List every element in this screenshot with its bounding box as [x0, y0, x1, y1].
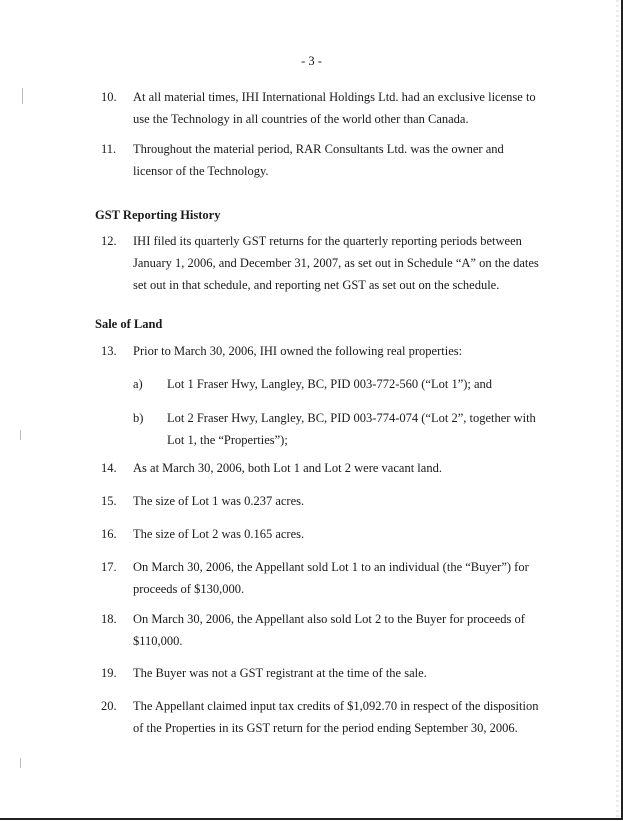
page-number: - 3 - — [0, 54, 623, 69]
scan-artifact — [22, 88, 23, 104]
paragraph-text: use the Technology in all countries of t… — [133, 108, 469, 130]
document-page: - 3 - 10. At all material times, IHI Int… — [0, 0, 623, 820]
paragraph-number: 16. — [101, 523, 117, 545]
paragraph-text: of the Properties in its GST return for … — [133, 717, 518, 739]
paragraph-number: 15. — [101, 490, 117, 512]
section-heading: Sale of Land — [95, 313, 162, 335]
scan-artifact — [20, 430, 21, 440]
paragraph-text: The Appellant claimed input tax credits … — [133, 695, 538, 717]
paragraph-text: Throughout the material period, RAR Cons… — [133, 138, 504, 160]
paragraph-text: Prior to March 30, 2006, IHI owned the f… — [133, 340, 462, 362]
paragraph-text: licensor of the Technology. — [133, 160, 269, 182]
paragraph-number: 17. — [101, 556, 117, 578]
sub-item-text: Lot 2 Fraser Hwy, Langley, BC, PID 003-7… — [167, 407, 536, 429]
paragraph-text: The size of Lot 1 was 0.237 acres. — [133, 490, 304, 512]
paragraph-number: 19. — [101, 662, 117, 684]
paragraph-text: $110,000. — [133, 630, 183, 652]
paragraph-text: proceeds of $130,000. — [133, 578, 244, 600]
paragraph-text: As at March 30, 2006, both Lot 1 and Lot… — [133, 457, 442, 479]
paragraph-text: The Buyer was not a GST registrant at th… — [133, 662, 427, 684]
sub-item-letter: a) — [133, 373, 143, 395]
paragraph-number: 13. — [101, 340, 117, 362]
scan-edge — [616, 0, 619, 818]
sub-item-text: Lot 1, the “Properties”); — [167, 429, 288, 451]
paragraph-number: 20. — [101, 695, 117, 717]
paragraph-number: 12. — [101, 230, 117, 252]
paragraph-text: On March 30, 2006, the Appellant sold Lo… — [133, 556, 529, 578]
paragraph-text: On March 30, 2006, the Appellant also so… — [133, 608, 525, 630]
paragraph-text: set out in that schedule, and reporting … — [133, 274, 499, 296]
section-heading: GST Reporting History — [95, 204, 220, 226]
paragraph-number: 10. — [101, 86, 117, 108]
scan-artifact — [20, 758, 21, 768]
paragraph-text: The size of Lot 2 was 0.165 acres. — [133, 523, 304, 545]
paragraph-text: IHI filed its quarterly GST returns for … — [133, 230, 522, 252]
paragraph-number: 11. — [101, 138, 116, 160]
sub-item-letter: b) — [133, 407, 143, 429]
paragraph-text: At all material times, IHI International… — [133, 86, 536, 108]
sub-item-text: Lot 1 Fraser Hwy, Langley, BC, PID 003-7… — [167, 373, 492, 395]
paragraph-number: 18. — [101, 608, 117, 630]
paragraph-number: 14. — [101, 457, 117, 479]
paragraph-text: January 1, 2006, and December 31, 2007, … — [133, 252, 539, 274]
